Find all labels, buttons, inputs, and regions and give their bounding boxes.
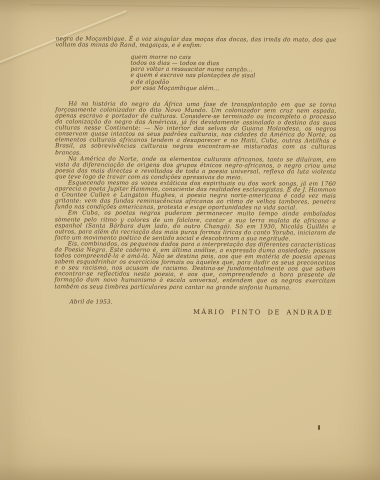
paper-crease-top	[30, 4, 360, 8]
body-paragraph: Em Cuba, os poetas negros puderam perman…	[55, 211, 336, 243]
body-paragraph: Há na história do negro da África uma fa…	[55, 101, 336, 157]
paper-speck	[318, 425, 320, 430]
quoted-verse: quem morre no cais todos os dias — todos…	[130, 55, 336, 92]
signature-row: Abril de 1953. MÁRIO PINTO DE ANDRADE	[54, 299, 335, 322]
body-paragraph: Eis, combinados, os pequenos dados para …	[55, 241, 336, 291]
verse-line: por essa Moçambique além...	[130, 85, 336, 92]
body-paragraph: Na América do Norte, onde os elementos c…	[55, 156, 336, 182]
date-line: Abril de 1953.	[69, 299, 112, 305]
continuation-paragraph: negra de Moçambique. É a voz singular da…	[56, 36, 337, 49]
page-text-block: negra de Moçambique. É a voz singular da…	[54, 36, 336, 322]
body-paragraph: Esquecendo mesmo as vozes extáticas dos …	[55, 180, 336, 212]
scanned-page: negra de Moçambique. É a voz singular da…	[0, 0, 380, 480]
author-signature: MÁRIO PINTO DE ANDRADE	[193, 309, 333, 316]
